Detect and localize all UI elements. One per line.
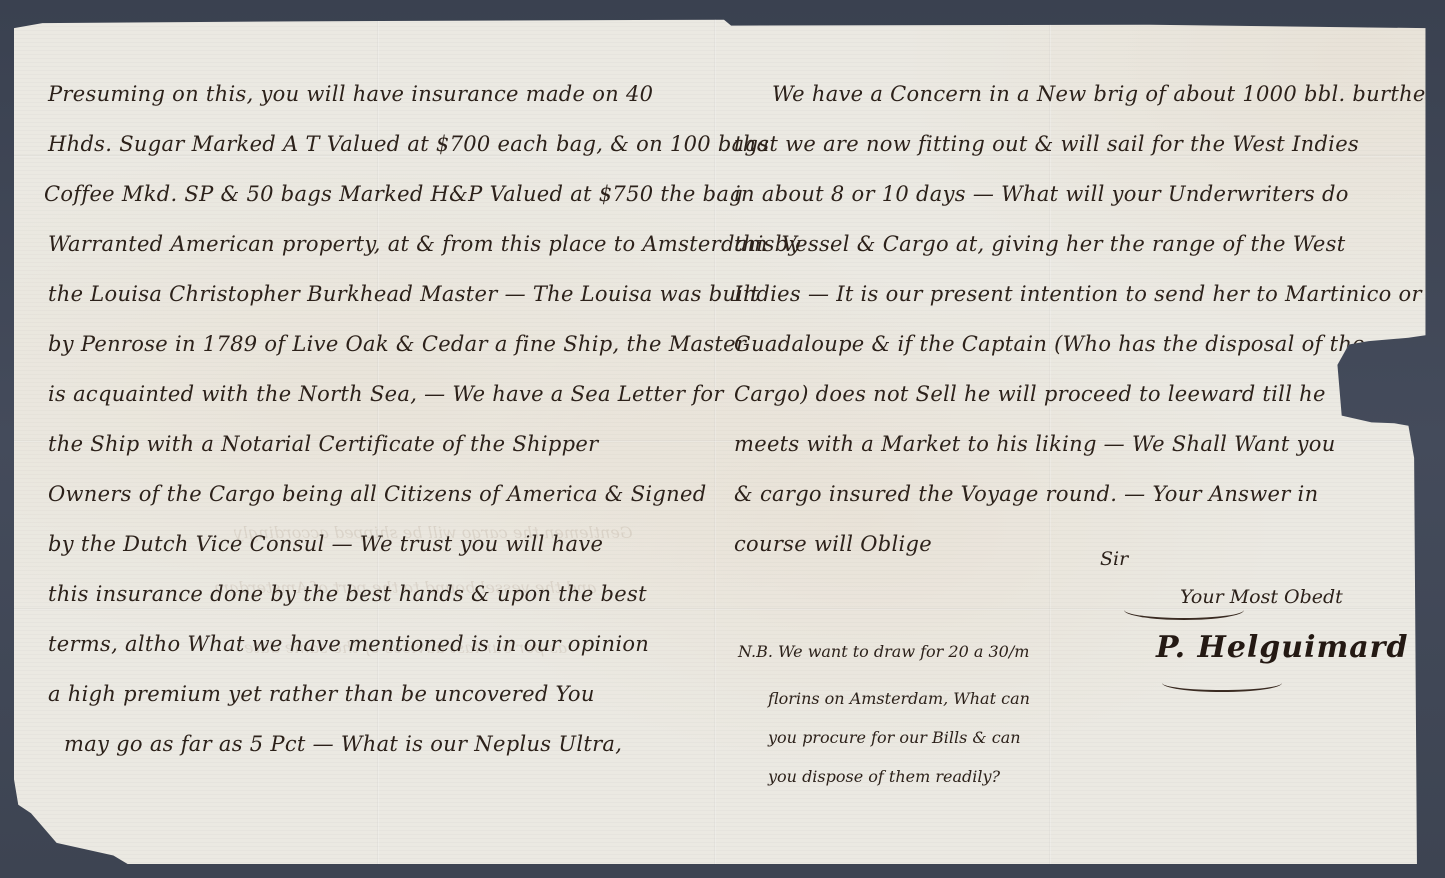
- signature: P. Helguimard & Co: [1156, 630, 1445, 665]
- letter-line: meets with a Market to his liking — We S…: [734, 430, 1336, 458]
- letter-line: & cargo insured the Voyage round. — Your…: [734, 480, 1318, 508]
- letter-line: by Penrose in 1789 of Live Oak & Cedar a…: [48, 330, 746, 358]
- letter-line: the Ship with a Notarial Certificate of …: [48, 430, 598, 458]
- letter-line: this Vessel & Cargo at, giving her the r…: [734, 230, 1345, 258]
- letter-line: course will Oblige: [734, 530, 932, 558]
- letter-line: Indies — It is our present intention to …: [734, 280, 1422, 308]
- letter-line: in about 8 or 10 days — What will your U…: [734, 180, 1349, 208]
- salutation-sir: Sir: [1100, 548, 1128, 570]
- letter-line: Hhds. Sugar Marked A T Valued at $700 ea…: [48, 130, 769, 158]
- letter-line: terms, altho What we have mentioned is i…: [48, 630, 649, 658]
- letter-sheet: Gentlemen the cargo will be shipped acco…: [14, 18, 1434, 864]
- letter-line: We have a Concern in a New brig of about…: [772, 80, 1439, 108]
- postscript-line: you dispose of them readily?: [768, 766, 1000, 788]
- signature-flourish: [1162, 674, 1282, 692]
- letter-line: Warranted American property, at & from t…: [48, 230, 801, 258]
- letter-line: is acquainted with the North Sea, — We h…: [48, 380, 724, 408]
- letter-line: the Louisa Christopher Burkhead Master —…: [48, 280, 759, 308]
- letter-line: this insurance done by the best hands & …: [48, 580, 647, 608]
- postscript-line: you procure for our Bills & can: [768, 727, 1021, 749]
- letter-line: a high premium yet rather than be uncove…: [48, 680, 595, 708]
- letter-line: Presuming on this, you will have insuran…: [48, 80, 653, 108]
- letter-line: may go as far as 5 Pct — What is our Nep…: [64, 730, 622, 758]
- letter-line: that we are now fitting out & will sail …: [734, 130, 1359, 158]
- letter-line: Guadaloupe & if the Captain (Who has the…: [734, 330, 1365, 358]
- letter-line: by the Dutch Vice Consul — We trust you …: [48, 530, 603, 558]
- postscript-line: florins on Amsterdam, What can: [768, 688, 1030, 710]
- letter-line: Owners of the Cargo being all Citizens o…: [48, 480, 706, 508]
- signature-flourish: [1124, 600, 1244, 620]
- letter-line: Cargo) does not Sell he will proceed to …: [734, 380, 1326, 408]
- letter-line: Coffee Mkd. SP & 50 bags Marked H&P Valu…: [44, 180, 743, 208]
- postscript-line: N.B. We want to draw for 20 a 30/m: [738, 641, 1029, 663]
